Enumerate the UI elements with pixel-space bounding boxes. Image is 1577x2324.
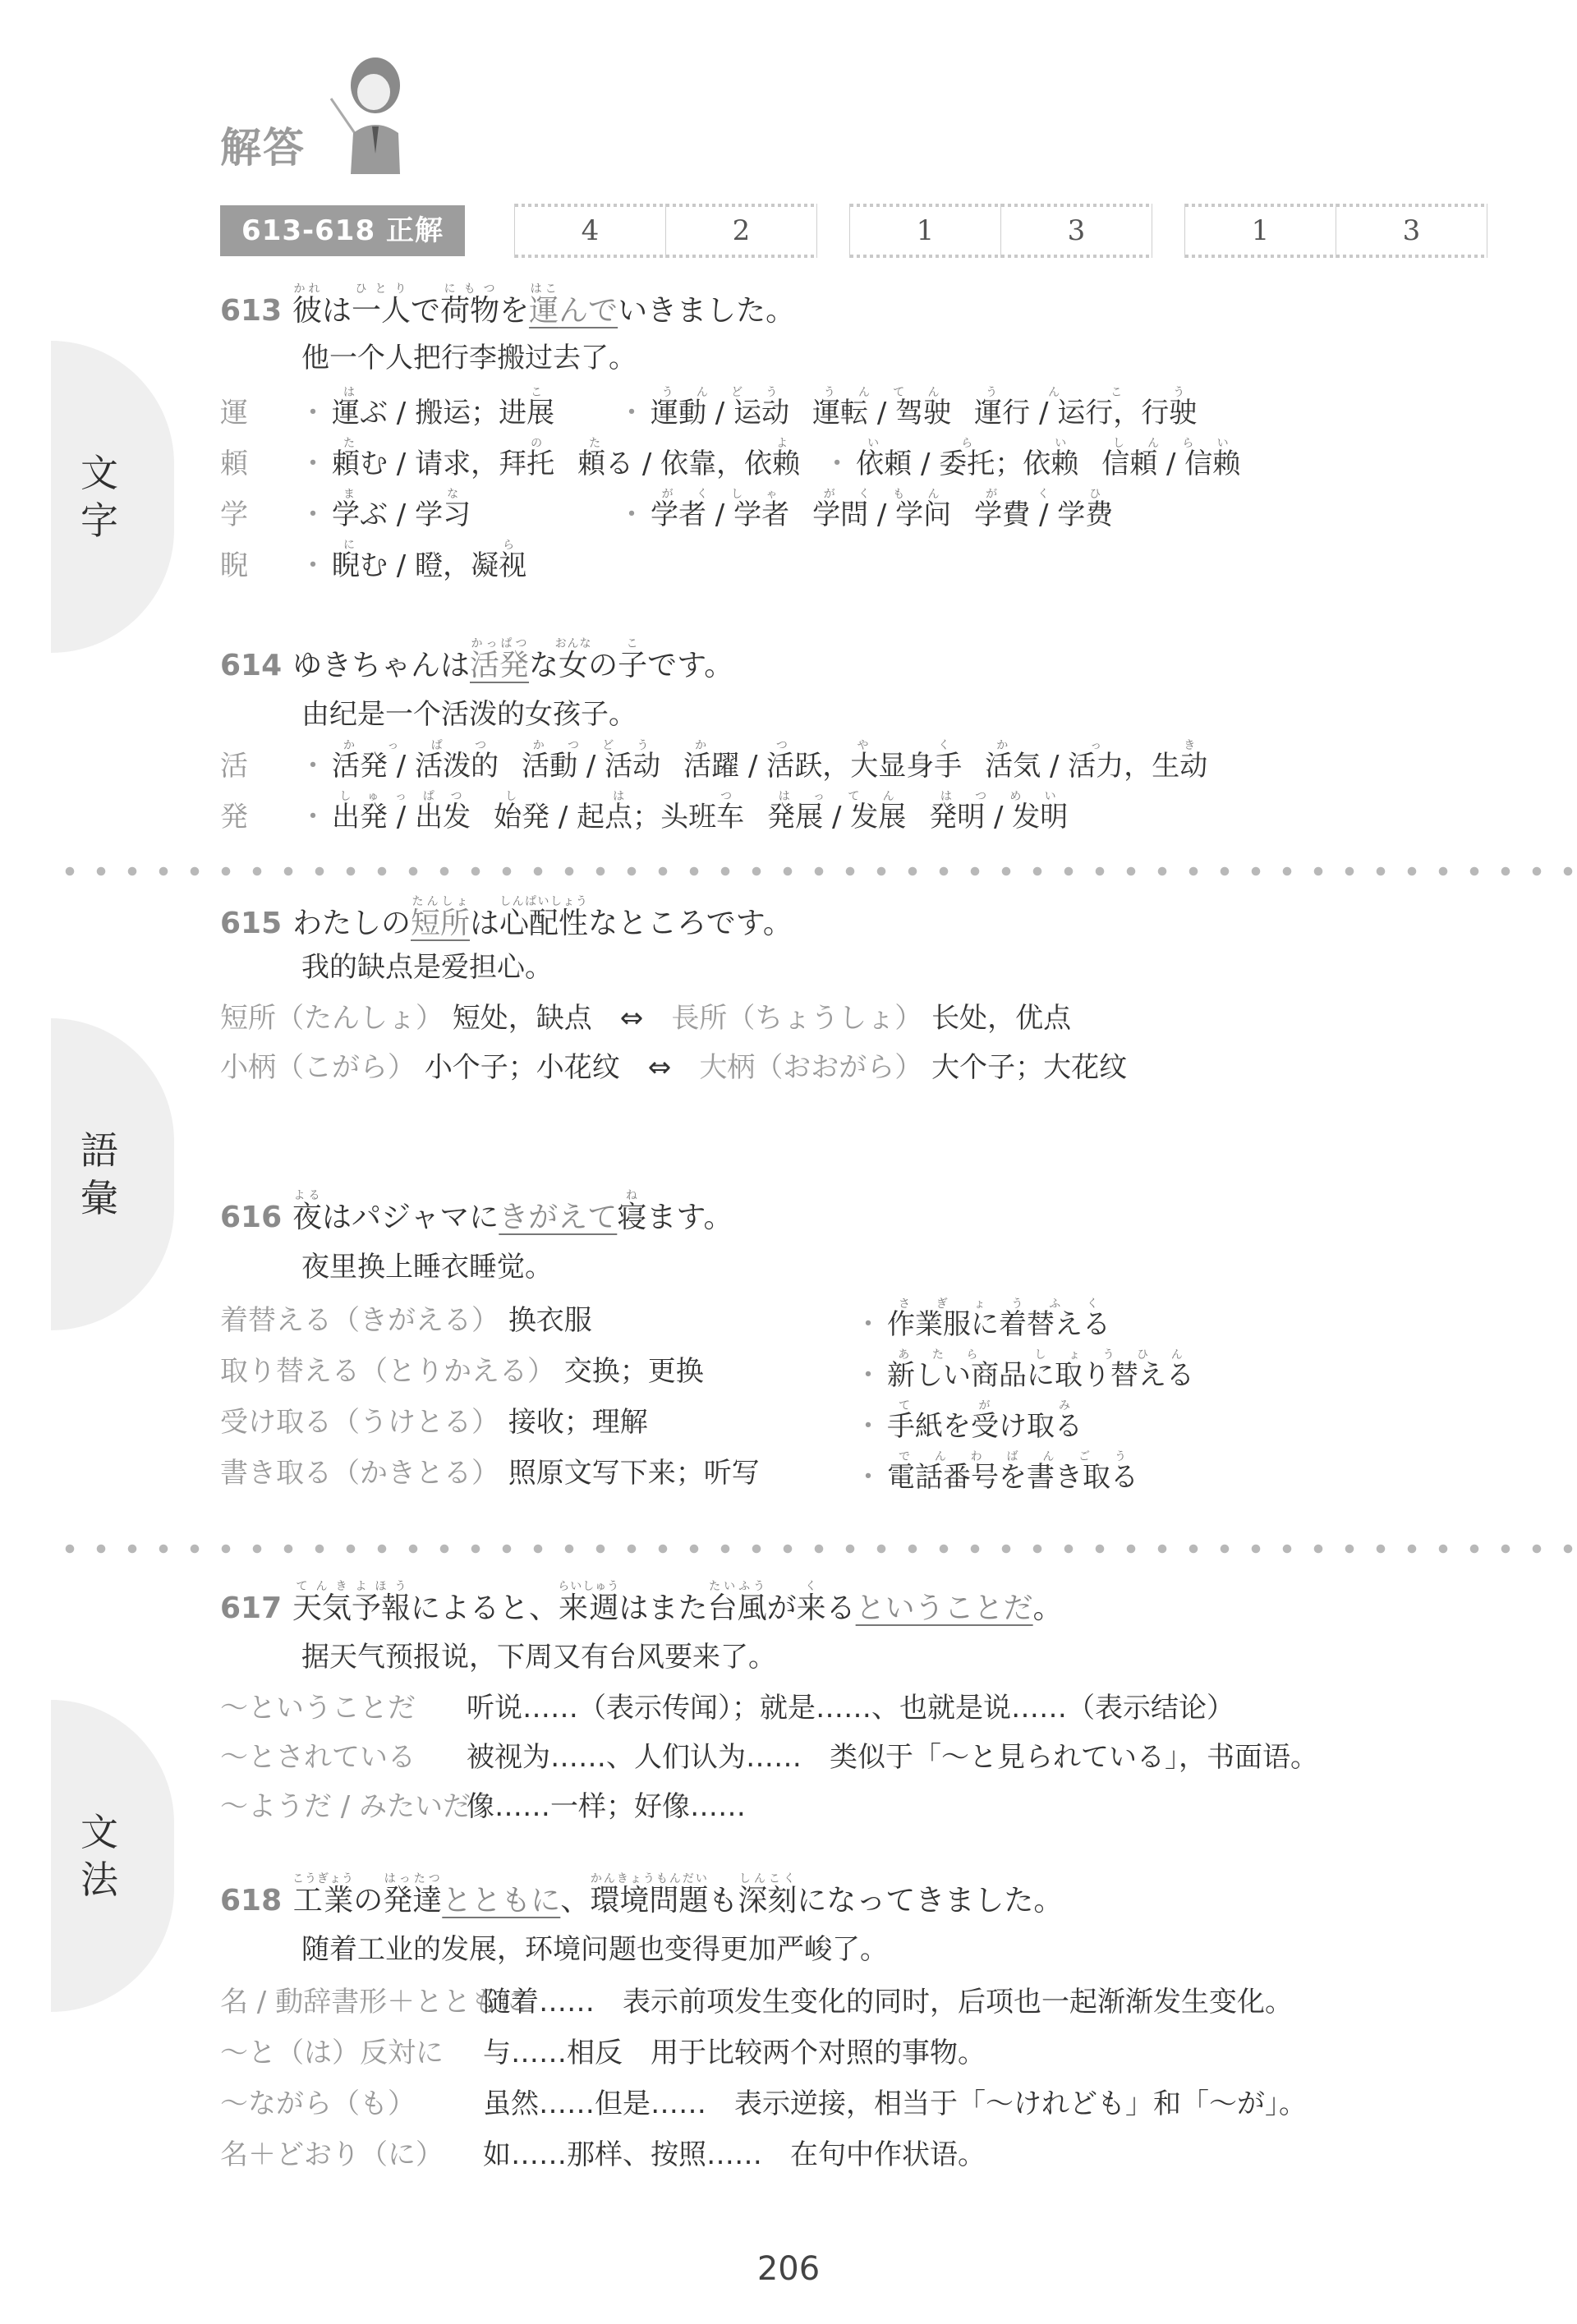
grammar-row: ～とされている被视为……、人们认为…… 类似于「～と見られている」，书面语。 xyxy=(220,1734,1318,1784)
answer-613: 4 xyxy=(515,204,665,258)
kanji-row: 活・活発 / 活泼的かっぱつ活動 / 活动かつどう活躍 / 活跃，大显身手かつや… xyxy=(220,739,1230,788)
underlined-answer: ということだ xyxy=(856,1591,1033,1625)
question-number: 614 xyxy=(220,649,292,682)
section-divider xyxy=(54,866,1577,876)
question-614-sentence: 614ゆきちゃんは活発かっぱつな女おんなの子こです。 xyxy=(220,637,733,684)
question-613-translation: 他一个人把行李搬过去了。 xyxy=(301,335,637,375)
underlined-answer: 運はこんで xyxy=(529,294,618,328)
grammar-row: ～ということだ听说……（表示传闻）；就是……、也就是说……（表示结论） xyxy=(220,1685,1234,1734)
grammar-row: 名 / 動辞書形＋とともに随着…… 表示前项发生变化的同时，后项也一起渐渐发生变… xyxy=(220,1979,1293,2028)
vocab-row: 受け取る（うけとる） 接收；理解・手紙を受け取るてがみ xyxy=(220,1399,1534,1449)
question-615-translation: 我的缺点是爱担心。 xyxy=(301,944,553,985)
underlined-answer: 活発かっぱつ xyxy=(470,649,529,682)
side-tab-moji: 文字 xyxy=(51,341,174,653)
question-number: 613 xyxy=(220,294,292,328)
answer-617: 1 xyxy=(1185,204,1336,258)
question-number: 615 xyxy=(220,907,292,940)
question-615-sentence: 615わたしの短所たんしょは心配性しんぱいしょうなところです。 xyxy=(220,895,793,942)
question-616-sentence: 616夜よるはパジャマにきがえて寝ねます。 xyxy=(220,1189,733,1236)
page-number: 206 xyxy=(0,2250,1577,2288)
kanji-row: 頼・頼む / 请求，拜托たの頼る / 依靠，依赖たよ・依頼 / 委托；依赖いらい… xyxy=(220,437,1263,486)
underlined-answer: とともに xyxy=(442,1884,560,1918)
side-tab-label: 語彙 xyxy=(79,1127,120,1222)
teacher-mascot-icon xyxy=(324,51,415,174)
question-number: 616 xyxy=(220,1201,292,1234)
question-number: 617 xyxy=(220,1591,292,1625)
question-number: 618 xyxy=(220,1884,292,1918)
question-618-translation: 随着工业的发展，环境问题也变得更加严峻了。 xyxy=(301,1927,888,1967)
vocab-row: 着替える（きがえる） 换衣服・作業服に着替えるさぎょうふく xyxy=(220,1297,1534,1347)
kanji-row: 学・学ぶ / 学习まな・学者 / 学者がくしゃ学問 / 学问がくもん学費 / 学… xyxy=(220,488,1136,537)
answers-label: 613-618 正解 xyxy=(220,205,465,256)
side-tab-goi: 語彙 xyxy=(51,1018,174,1330)
grammar-row: ～ながら（も）虽然……但是…… 表示逆接，相当于「～けれども」和「～が」。 xyxy=(220,2081,1307,2130)
question-616-translation: 夜里换上睡衣睡觉。 xyxy=(301,1244,553,1284)
question-613-sentence: 613彼かれは一人ひとりで荷物にもつを運はこんでいきました。 xyxy=(220,282,795,329)
answer-614: 2 xyxy=(665,204,816,258)
answer-group: 4 2 xyxy=(514,204,817,258)
vocab-row: 書き取る（かきとる） 照原文写下来；听写・電話番号を書き取るでんわばんごう xyxy=(220,1450,1534,1500)
underlined-answer: 短所たんしょ xyxy=(411,907,470,940)
side-tab-bunpo: 文法 xyxy=(51,1700,174,2012)
grammar-row: 名＋どおり（に）如……那样、按照…… 在句中作状语。 xyxy=(220,2132,986,2181)
vocab-row: 小柄（こがら） 小个子；小花纹 ⇔ 大柄（おおがら） 大个子；大花纹 xyxy=(220,1045,1127,1094)
answer-618: 3 xyxy=(1336,204,1487,258)
question-617-sentence: 617天気予報てんきよほうによると、来週らいしゅうはまた台風たいふうが来くるとい… xyxy=(220,1580,1063,1627)
side-tab-label: 文字 xyxy=(79,449,120,544)
grammar-row: ～ようだ / みたいだ像……一样；好像…… xyxy=(220,1784,746,1833)
vocab-row: 取り替える（とりかえる） 交换；更换・新しい商品に取り替えるあたら しょうひん xyxy=(220,1348,1534,1398)
underlined-answer: きがえて xyxy=(499,1201,617,1234)
answer-group: 1 3 xyxy=(1184,204,1487,258)
side-tab-label: 文法 xyxy=(79,1808,120,1904)
answer-group: 1 3 xyxy=(849,204,1152,258)
kanji-row: 睨・睨む / 瞪，凝视にら xyxy=(220,539,549,588)
answer-616: 3 xyxy=(1000,204,1152,258)
question-614-translation: 由纪是一个活泼的女孩子。 xyxy=(301,691,637,732)
kanji-row: 発・出発 / 出发しゅっぱつ始発 / 起点；头班车しはつ発展 / 发展はってん発… xyxy=(220,790,1091,839)
grammar-row: ～と（は）反対に与……相反 用于比较两个对照的事物。 xyxy=(220,2030,986,2079)
question-617-translation: 据天气预报说，下周又有台风要来了。 xyxy=(301,1634,776,1674)
section-divider xyxy=(54,1544,1577,1554)
question-618-sentence: 618工業こうぎょうの発達はったつとともに、環境問題かんきょうもんだいも深刻しん… xyxy=(220,1872,1063,1919)
page-title: 解答 xyxy=(220,115,306,174)
kanji-row: 運・運ぶ / 搬运；进展はこ・運動 / 运动うんどう運転 / 驾驶うんてん運行 … xyxy=(220,386,1220,435)
vocab-row: 短所（たんしょ） 短处，缺点 ⇔ 長所（ちょうしょ） 长处，优点 xyxy=(220,995,1071,1045)
answer-615: 1 xyxy=(850,204,1000,258)
